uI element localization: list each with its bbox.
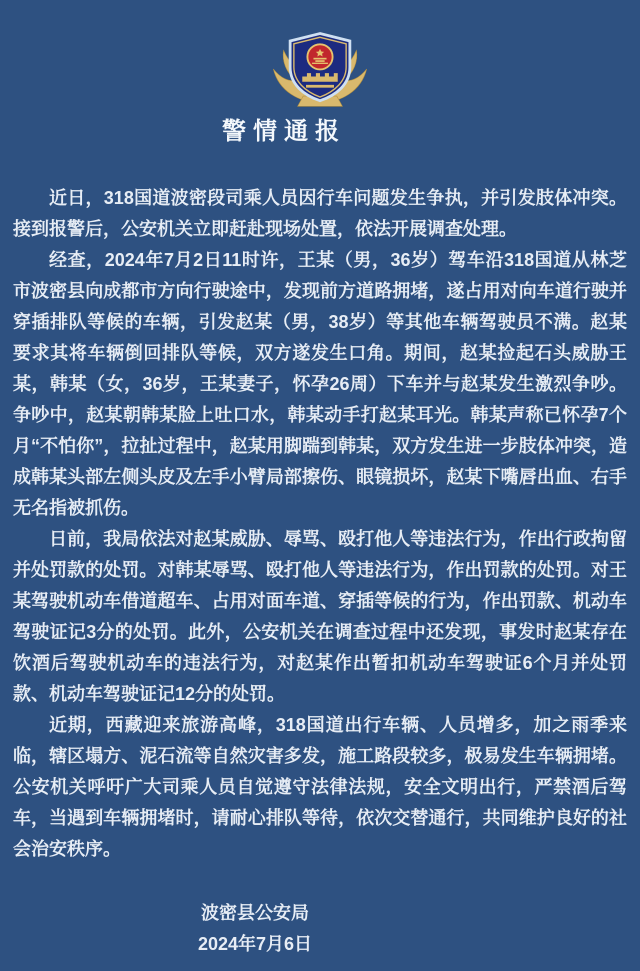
police-notice-page: 警情通报 近日，318国道波密段司乘人员因行车问题发生争执，并引发肢体冲突。接到… [0, 0, 640, 971]
signature-agency: 波密县公安局 [0, 898, 510, 929]
notice-body: 近日，318国道波密段司乘人员因行车问题发生争执，并引发肢体冲突。接到报警后，公… [13, 183, 627, 865]
signature-block: 波密县公安局 2024年7月6日 [0, 898, 510, 960]
paragraph-appeal: 近期，西藏迎来旅游高峰，318国道出行车辆、人员增多，加之雨季来临，辖区塌方、泥… [13, 710, 627, 865]
paragraph-intro: 近日，318国道波密段司乘人员因行车问题发生争执，并引发肢体冲突。接到报警后，公… [13, 183, 627, 245]
notice-title: 警情通报 [0, 111, 604, 146]
china-police-emblem-icon [264, 29, 376, 109]
paragraph-punishment: 日前，我局依法对赵某威胁、辱骂、殴打他人等违法行为，作出行政拘留并处罚款的处罚。… [13, 524, 627, 710]
signature-date: 2024年7月6日 [0, 929, 510, 960]
paragraph-investigation: 经查，2024年7月2日11时许，王某（男，36岁）驾车沿318国道从林芝市波密… [13, 245, 627, 524]
